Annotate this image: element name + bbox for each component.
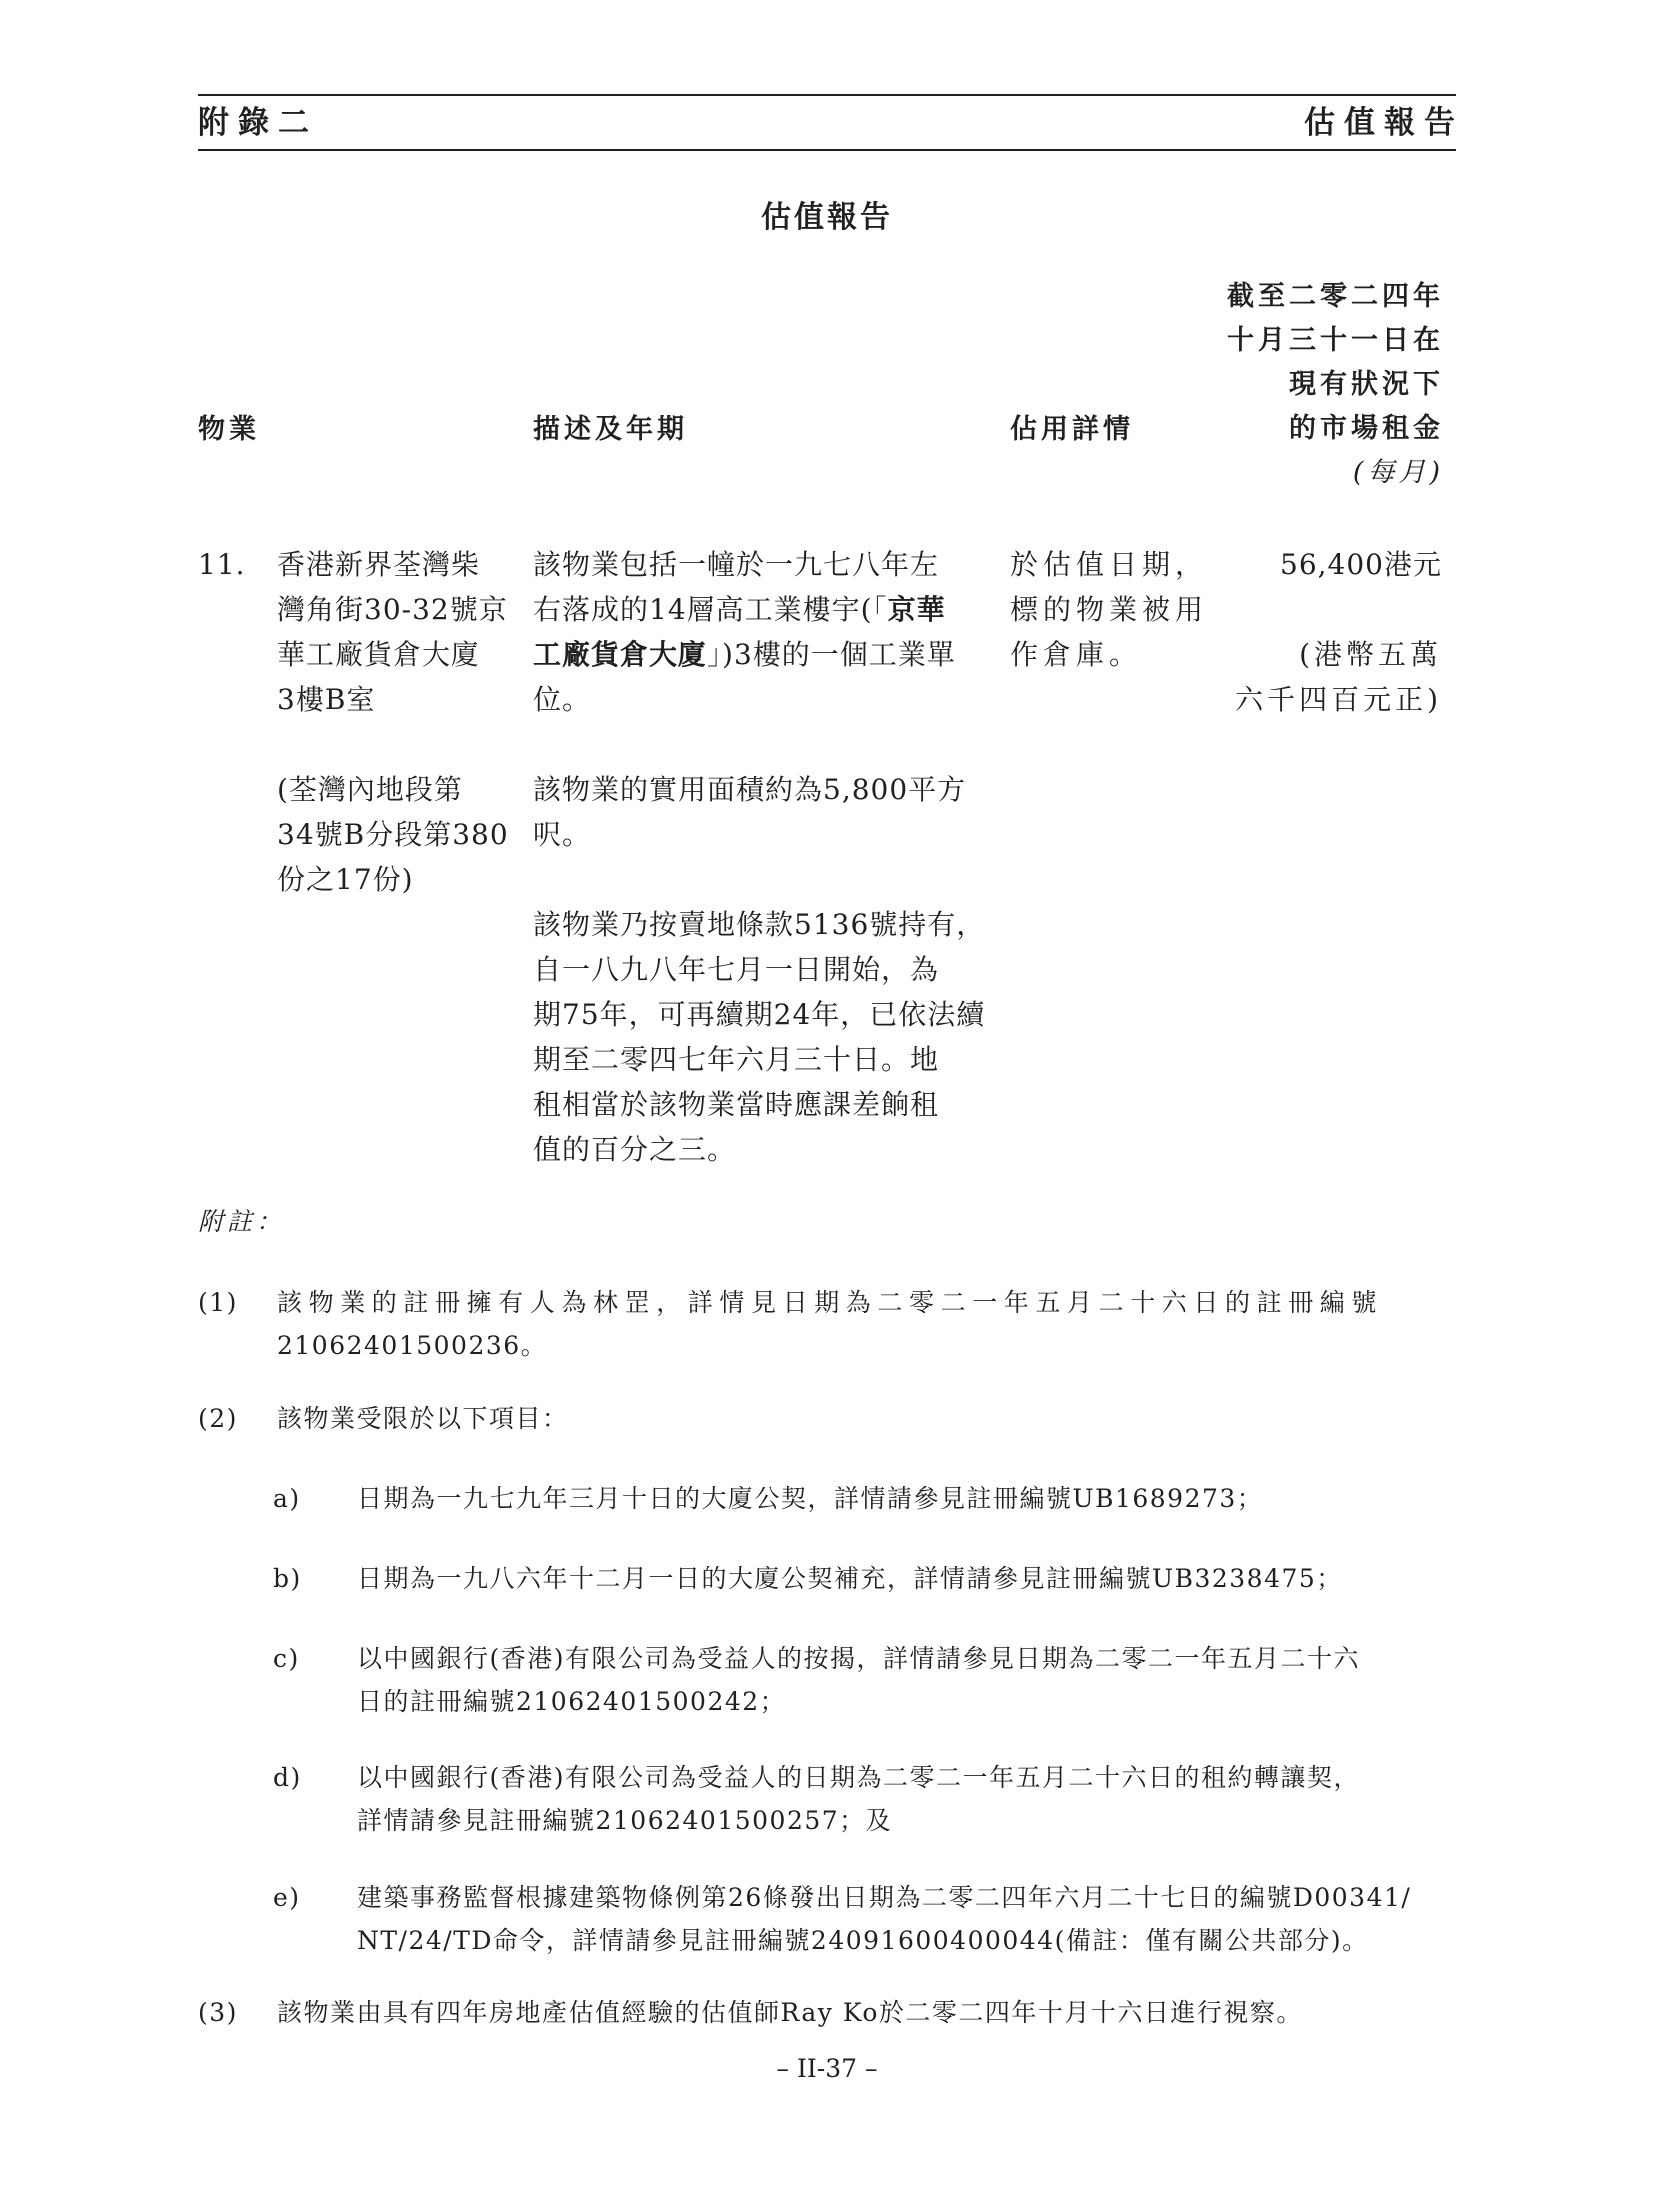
- occupancy-line: 作倉庫。: [1010, 632, 1208, 677]
- column-header-property: 物業: [198, 408, 260, 452]
- occupancy-line: 標的物業被用: [1010, 587, 1208, 632]
- note-line: 該物業的註冊擁有人為林罡，詳情見日期為二零二一年五月二十六日的註冊編號: [277, 1281, 1383, 1324]
- subitem-line: 詳情請參見註冊編號21062401500257；及: [357, 1799, 1360, 1842]
- note-marker: (1): [198, 1281, 238, 1324]
- subitem-a: 日期為一九七九年三月十日的大廈公契，詳情請參見註冊編號UB1689273；: [357, 1477, 1263, 1520]
- rent-words-line: 六千四百元正): [1235, 677, 1442, 722]
- lot-line: (荃灣內地段第: [277, 767, 509, 812]
- subitem-c: 以中國銀行(香港)有限公司為受益人的按揭，詳情請參見日期為二零二一年五月二十六 …: [357, 1637, 1360, 1723]
- property-lot: (荃灣內地段第 34號B分段第380 份之17份): [277, 767, 509, 902]
- property-line: 灣角街30-32號京: [277, 587, 508, 632]
- note-line: 21062401500236。: [277, 1324, 1383, 1367]
- note-marker: (2): [198, 1397, 238, 1440]
- description-line: 值的百分之三。: [533, 1127, 985, 1172]
- description-line: 租相當於該物業當時應課差餉租: [533, 1082, 985, 1127]
- subitem-marker: b): [273, 1557, 302, 1600]
- row-number: 11.: [198, 542, 246, 587]
- property-line: 3樓B室: [277, 677, 508, 722]
- note-3: 該物業由具有四年房地產估值經驗的估值師Ray Ko於二零二四年十月十六日進行視察…: [277, 1991, 1303, 2034]
- header-bottom-rule: [198, 149, 1456, 151]
- description-line: 該物業的實用面積約為5,800平方: [533, 767, 966, 812]
- notes-heading: 附註：: [198, 1200, 285, 1243]
- subitem-marker: d): [273, 1756, 302, 1799]
- description-area: 該物業的實用面積約為5,800平方 呎。: [533, 767, 966, 857]
- description-text: 」)3樓的一個工業單: [707, 638, 956, 671]
- description-line: 位。: [533, 677, 956, 722]
- property-line: 華工廠貨倉大廈: [277, 632, 508, 677]
- description-line: 右落成的14層高工業樓宇(「京華: [533, 587, 956, 632]
- property-line: 香港新界荃灣柴: [277, 542, 508, 587]
- description-line: 呎。: [533, 812, 966, 857]
- property-address: 香港新界荃灣柴 灣角街30-32號京 華工廠貨倉大廈 3樓B室: [277, 542, 508, 722]
- subitem-line: 建築事務監督根據建築物條例第26條發出日期為二零二四年六月二十七日的編號D003…: [357, 1876, 1411, 1919]
- building-name-bold: 京華: [888, 593, 946, 626]
- building-name-bold: 工廠貨倉大廈: [533, 638, 707, 671]
- rent-header-line: 的市場租金: [1227, 407, 1444, 451]
- rent-header-line: 十月三十一日在: [1227, 319, 1444, 363]
- page-number: – II-37 –: [0, 2047, 1654, 2090]
- subitem-marker: a): [273, 1477, 301, 1520]
- subitem-line: 日的註冊編號21062401500242；: [357, 1680, 1360, 1723]
- description-text: 右落成的14層高工業樓宇(「: [533, 593, 888, 626]
- occupancy-line: 於估值日期，: [1010, 542, 1208, 587]
- description-line: 期75年，可再續期24年，已依法續: [533, 992, 985, 1037]
- subitem-line: 以中國銀行(香港)有限公司為受益人的按揭，詳情請參見日期為二零二一年五月二十六: [357, 1637, 1360, 1680]
- lot-line: 份之17份): [277, 857, 509, 902]
- rent-words-line: (港幣五萬: [1235, 632, 1442, 677]
- description-tenure: 該物業乃按賣地條款5136號持有， 自一八九八年七月一日開始，為 期75年，可再…: [533, 902, 985, 1172]
- rent-header-unit: (每月): [1227, 451, 1444, 495]
- occupancy-details: 於估值日期， 標的物業被用 作倉庫。: [1010, 542, 1208, 677]
- column-header-occupancy: 佔用詳情: [1010, 408, 1134, 452]
- description-building: 該物業包括一幢於一九七八年左 右落成的14層高工業樓宇(「京華 工廠貨倉大廈」)…: [533, 542, 956, 722]
- lot-line: 34號B分段第380: [277, 812, 509, 857]
- description-line: 該物業包括一幢於一九七八年左: [533, 542, 956, 587]
- subitem-d: 以中國銀行(香港)有限公司為受益人的日期為二零二一年五月二十六日的租約轉讓契， …: [357, 1756, 1360, 1842]
- description-line: 該物業乃按賣地條款5136號持有，: [533, 902, 985, 947]
- subitem-marker: e): [273, 1876, 301, 1919]
- subitem-e: 建築事務監督根據建築物條例第26條發出日期為二零二四年六月二十七日的編號D003…: [357, 1876, 1411, 1962]
- description-line: 工廠貨倉大廈」)3樓的一個工業單: [533, 632, 956, 677]
- rent-header-line: 現有狀況下: [1227, 363, 1444, 407]
- description-line: 自一八九八年七月一日開始，為: [533, 947, 985, 992]
- subitem-marker: c): [273, 1637, 300, 1680]
- subitem-b: 日期為一九八六年十二月一日的大廈公契補充，詳情請參見註冊編號UB3238475；: [357, 1557, 1343, 1600]
- market-rent-words: (港幣五萬 六千四百元正): [1235, 632, 1442, 722]
- market-rent-value: 56,400港元: [1280, 542, 1442, 587]
- page-title: 估值報告: [0, 198, 1654, 238]
- note-2: 該物業受限於以下項目：: [277, 1397, 569, 1440]
- rent-header-line: 截至二零二四年: [1227, 275, 1444, 319]
- subitem-line: 以中國銀行(香港)有限公司為受益人的日期為二零二一年五月二十六日的租約轉讓契，: [357, 1756, 1360, 1799]
- header-top-rule: [198, 94, 1456, 96]
- running-header-right: 估值報告: [1304, 103, 1464, 143]
- subitem-line: NT/24/TD命令，詳情請參見註冊編號24091600400044(備註：僅有…: [357, 1919, 1411, 1962]
- column-header-market-rent: 截至二零二四年 十月三十一日在 現有狀況下 的市場租金 (每月): [1227, 275, 1444, 495]
- column-header-description: 描述及年期: [533, 408, 688, 452]
- description-line: 期至二零四七年六月三十日。地: [533, 1037, 985, 1082]
- running-header-left: 附錄二: [198, 103, 318, 143]
- note-marker: (3): [198, 1991, 238, 2034]
- note-1: 該物業的註冊擁有人為林罡，詳情見日期為二零二一年五月二十六日的註冊編號 2106…: [277, 1281, 1383, 1367]
